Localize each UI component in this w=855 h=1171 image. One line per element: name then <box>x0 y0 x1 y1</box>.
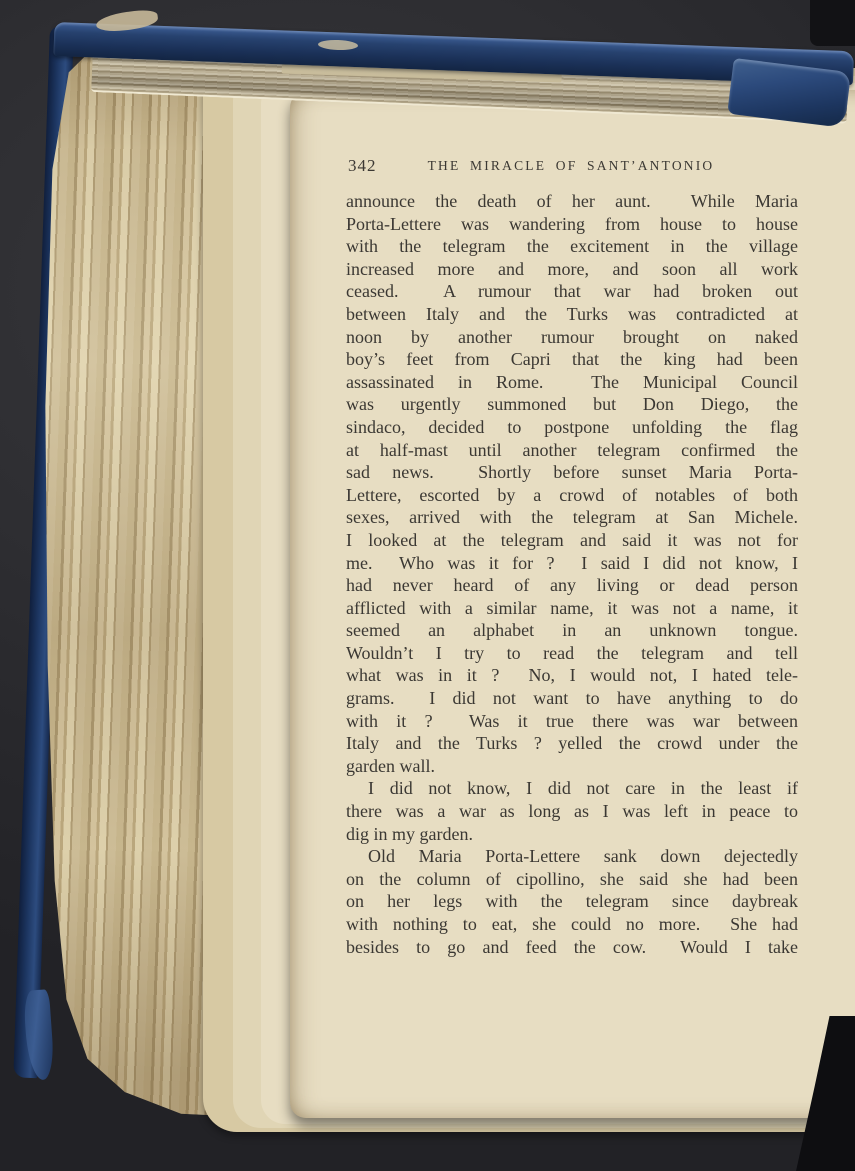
text-line: on her legs with the telegram since dayb… <box>346 890 798 913</box>
page-number: 342 <box>348 156 377 176</box>
book-page: 342 THE MIRACLE OF SANT’ANTONIO announce… <box>290 90 855 1118</box>
text-line: had never heard of any living or dead pe… <box>346 574 798 597</box>
text-line: besides to go and feed the cow. Would I … <box>346 936 798 959</box>
text-line: sad news. Shortly before sunset Maria Po… <box>346 461 798 484</box>
shadow-strip-top-right <box>810 0 855 46</box>
text-line: increased more and more, and soon all wo… <box>346 258 798 281</box>
text-line: grams. I did not want to have anything t… <box>346 687 798 710</box>
text-line: me. Who was it for ? I said I did not kn… <box>346 552 798 575</box>
text-line: between Italy and the Turks was contradi… <box>346 303 798 326</box>
text-line: Italy and the Turks ? yelled the crowd u… <box>346 732 798 755</box>
text-line: there was a war as long as I was left in… <box>346 800 798 823</box>
text-line: Old Maria Porta-Lettere sank down deject… <box>346 845 798 868</box>
text-line: seemed an alphabet in an unknown tongue. <box>346 619 798 642</box>
text-line: Porta-Lettere was wandering from house t… <box>346 213 798 236</box>
text-line: I did not know, I did not care in the le… <box>346 777 798 800</box>
text-line: was urgently summoned but Don Diego, the <box>346 393 798 416</box>
text-line: with nothing to eat, she could no more. … <box>346 913 798 936</box>
page-header: 342 THE MIRACLE OF SANT’ANTONIO <box>346 156 796 178</box>
text-line: sexes, arrived with the telegram at San … <box>346 506 798 529</box>
text-line: garden wall. <box>346 755 798 778</box>
text-line: Wouldn’t I try to read the telegram and … <box>346 642 798 665</box>
text-line: with it ? Was it true there was war betw… <box>346 710 798 733</box>
text-line: afflicted with a similar name, it was no… <box>346 597 798 620</box>
text-line: at half-mast until another telegram conf… <box>346 439 798 462</box>
text-line: noon by another rumour brought on naked <box>346 326 798 349</box>
text-line: ceased. A rumour that war had broken out <box>346 280 798 303</box>
text-line: assassinated in Rome. The Municipal Coun… <box>346 371 798 394</box>
text-line: what was in it ? No, I would not, I hate… <box>346 664 798 687</box>
text-line: announce the death of her aunt. While Ma… <box>346 190 798 213</box>
text-line: on the column of cipollino, she said she… <box>346 868 798 891</box>
text-line: dig in my garden. <box>346 823 798 846</box>
body-text: announce the death of her aunt. While Ma… <box>346 190 798 958</box>
text-line: with the telegram the excitement in the … <box>346 235 798 258</box>
photo-background: 342 THE MIRACLE OF SANT’ANTONIO announce… <box>0 0 855 1171</box>
running-title: THE MIRACLE OF SANT’ANTONIO <box>346 156 796 174</box>
text-line: I looked at the telegram and said it was… <box>346 529 798 552</box>
text-line: sindaco, decided to postpone unfolding t… <box>346 416 798 439</box>
text-line: boy’s feet from Capri that the king had … <box>346 348 798 371</box>
text-line: Lettere, escorted by a crowd of notables… <box>346 484 798 507</box>
